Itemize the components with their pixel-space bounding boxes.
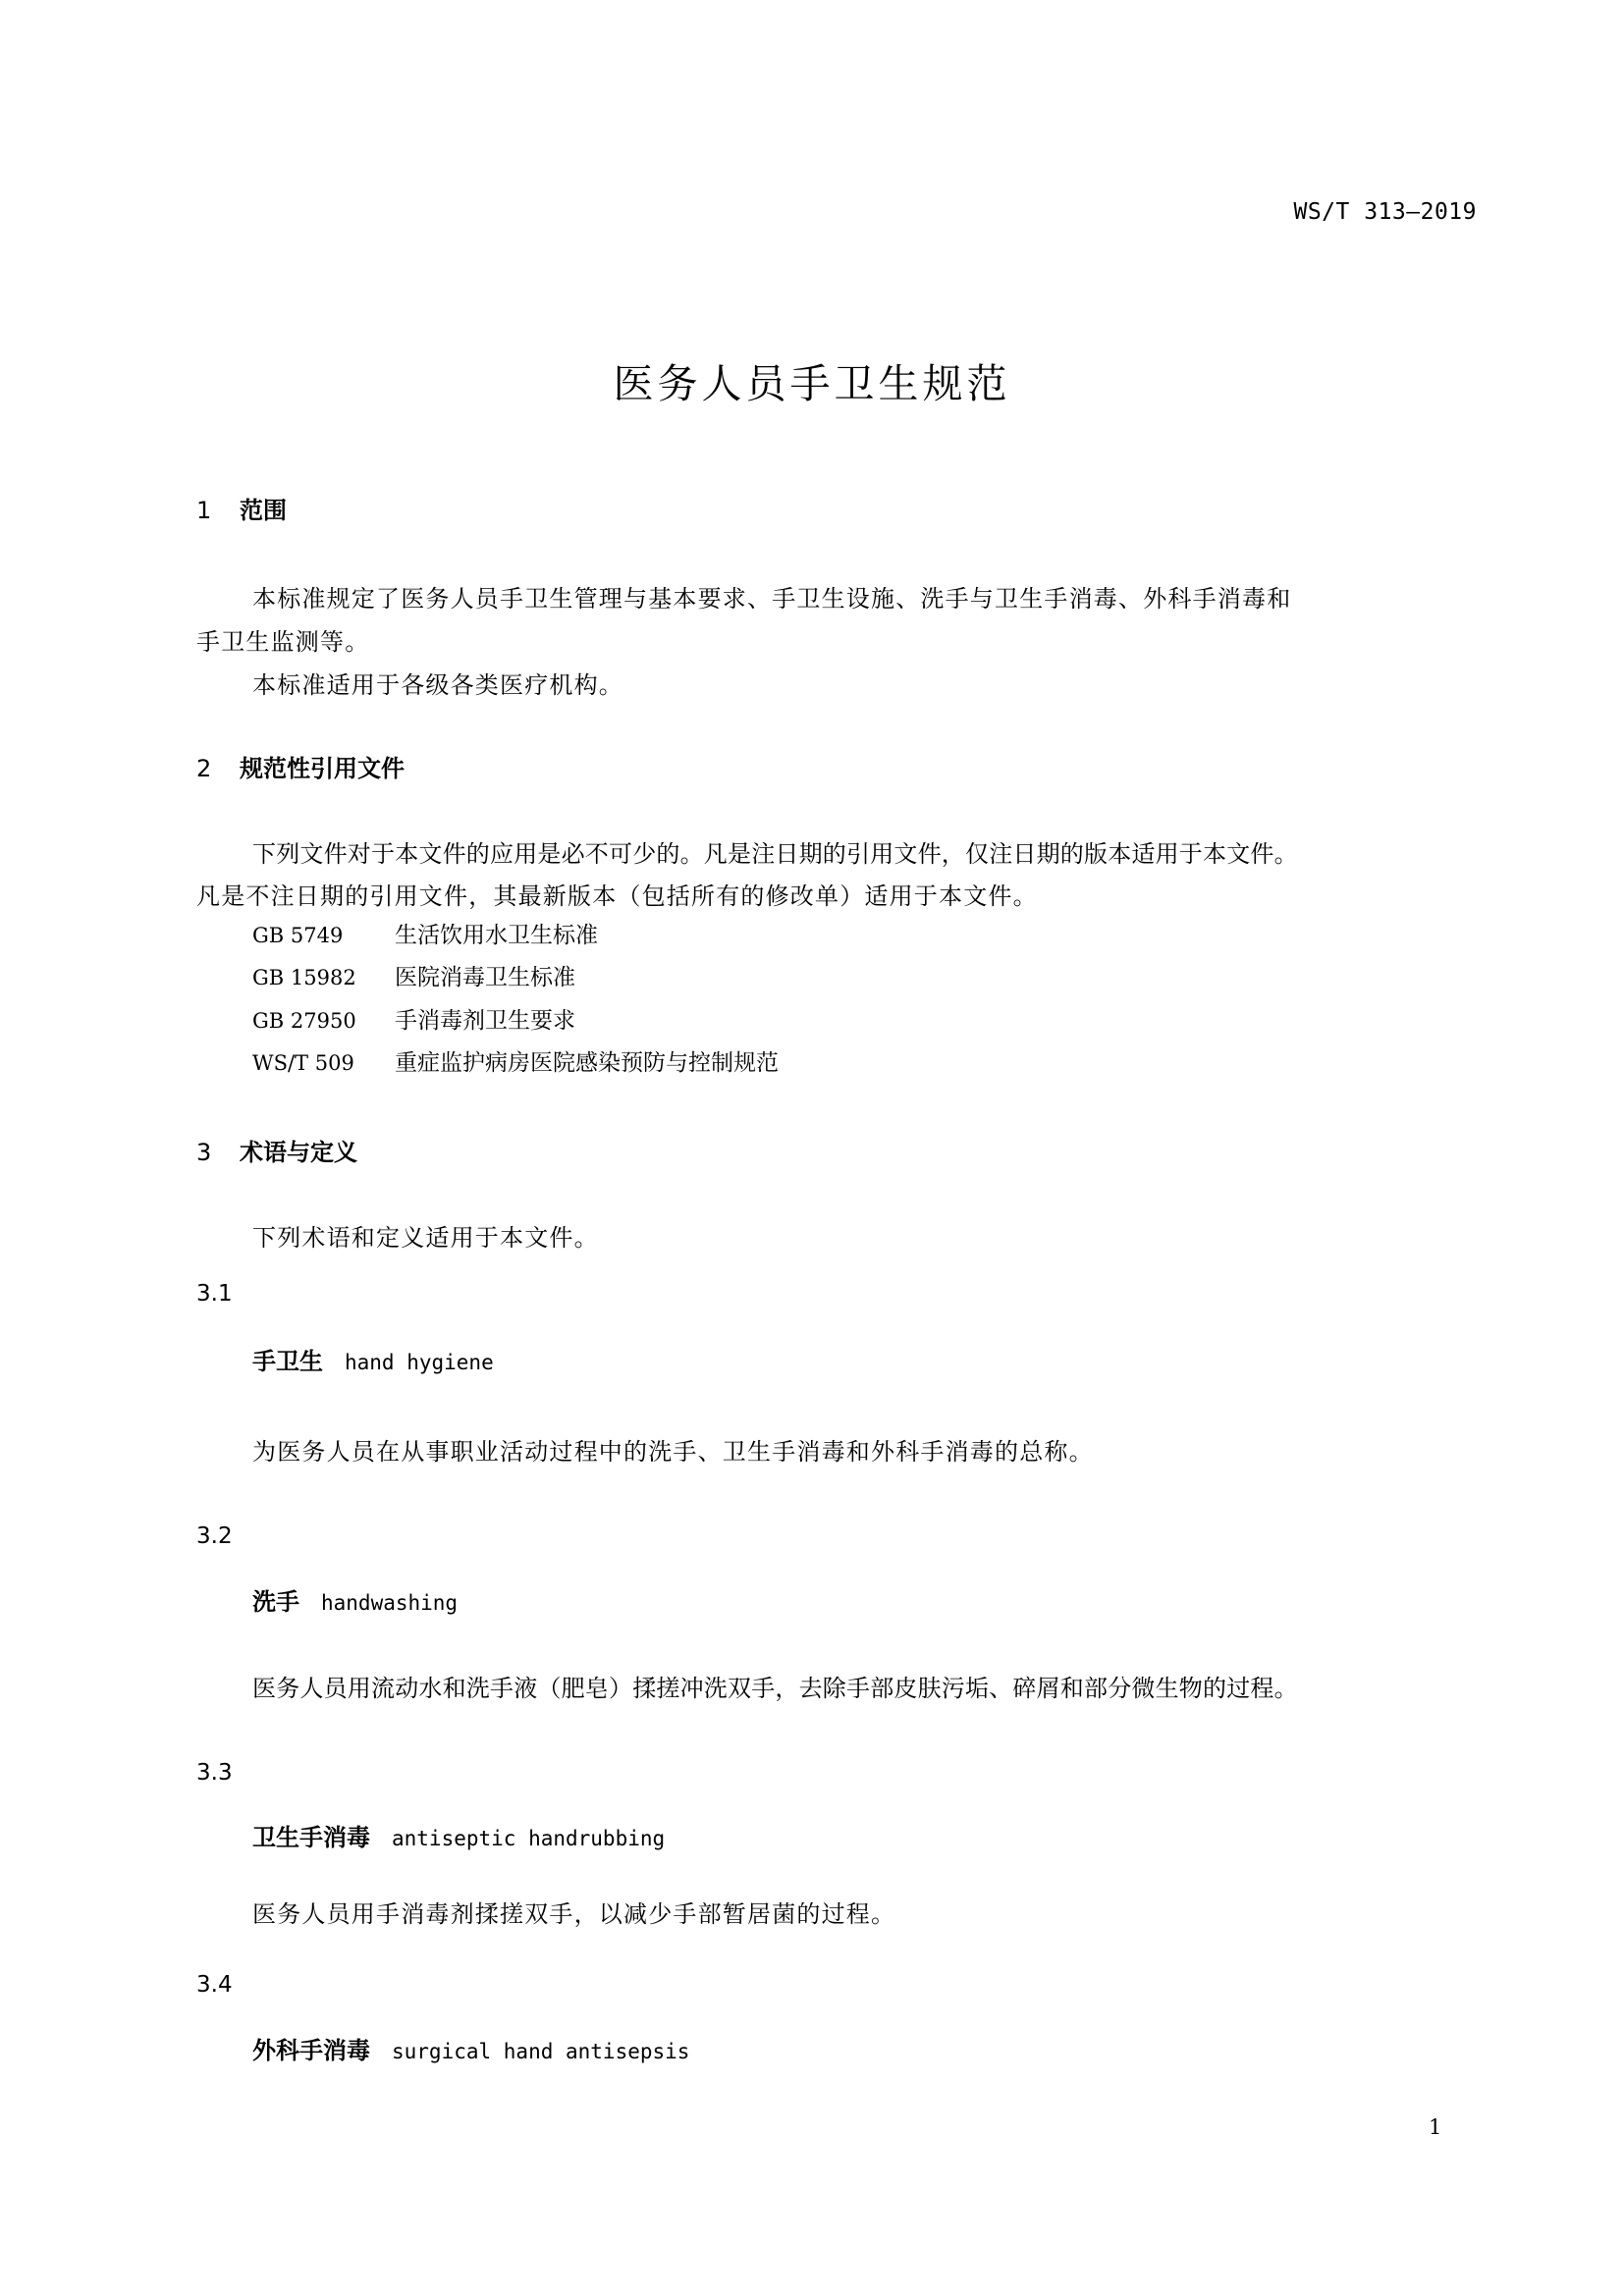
document-title: 医务人员手卫生规范 xyxy=(0,364,1624,404)
reference-item: GB 5749生活饮用水卫生标准 xyxy=(252,925,598,947)
clause-number: 3.4 xyxy=(196,1974,233,1997)
reference-title: 重症监护病房医院感染预防与控制规范 xyxy=(395,1050,779,1076)
paragraph-line: 本标准适用于各级各类医疗机构。 xyxy=(252,673,623,697)
paragraph-line: 手卫生监测等。 xyxy=(196,630,369,654)
reference-title: 生活饮用水卫生标准 xyxy=(395,923,598,948)
section-title: 范围 xyxy=(240,497,287,524)
section-title: 规范性引用文件 xyxy=(240,755,405,782)
term-chinese: 外科手消毒 xyxy=(252,2037,370,2064)
reference-code: GB 27950 xyxy=(252,1011,395,1032)
term-chinese: 卫生手消毒 xyxy=(252,1824,370,1851)
reference-item: GB 15982医院消毒卫生标准 xyxy=(252,967,575,989)
section-heading-normative-references: 2规范性引用文件 xyxy=(196,757,405,780)
clause-number: 3.2 xyxy=(196,1525,233,1548)
paragraph-line: 下列术语和定义适用于本文件。 xyxy=(252,1226,599,1250)
standard-code-header: WS/T 313—2019 xyxy=(1293,201,1477,224)
term-english: surgical hand antisepsis xyxy=(392,2040,689,2063)
section-heading-terms-definitions: 3术语与定义 xyxy=(196,1141,357,1164)
clause-number: 3.3 xyxy=(196,1762,233,1785)
page-number: 1 xyxy=(1429,2117,1441,2138)
term-entry: 卫生手消毒antiseptic handrubbing xyxy=(252,1826,665,1849)
term-chinese: 洗手 xyxy=(252,1588,299,1616)
section-number: 1 xyxy=(196,499,240,522)
term-entry: 手卫生hand hygiene xyxy=(252,1350,494,1373)
term-english: handwashing xyxy=(321,1591,458,1615)
reference-code: WS/T 509 xyxy=(252,1053,395,1074)
section-heading-scope: 1范围 xyxy=(196,499,287,522)
clause-number: 3.1 xyxy=(196,1283,233,1306)
term-definition: 医务人员用手消毒剂揉搓双手，以减少手部暂居菌的过程。 xyxy=(252,1902,895,1926)
section-title: 术语与定义 xyxy=(240,1139,357,1166)
term-entry: 洗手handwashing xyxy=(252,1590,458,1614)
paragraph-line: 下列文件对于本文件的应用是必不可少的。凡是注日期的引用文件，仅注日期的版本适用于… xyxy=(252,842,1298,866)
term-entry: 外科手消毒surgical hand antisepsis xyxy=(252,2039,689,2062)
paragraph-line: 凡是不注日期的引用文件，其最新版本（包括所有的修改单）适用于本文件。 xyxy=(196,884,1038,908)
reference-code: GB 5749 xyxy=(252,926,395,946)
term-english: antiseptic handrubbing xyxy=(392,1827,665,1850)
term-definition: 为医务人员在从事职业活动过程中的洗手、卫生手消毒和外科手消毒的总称。 xyxy=(252,1440,1094,1464)
reference-title: 手消毒剂卫生要求 xyxy=(395,1008,575,1034)
term-chinese: 手卫生 xyxy=(252,1348,323,1375)
reference-code: GB 15982 xyxy=(252,968,395,988)
reference-item: GB 27950手消毒剂卫生要求 xyxy=(252,1010,575,1033)
term-english: hand hygiene xyxy=(345,1351,494,1374)
paragraph-line: 本标准规定了医务人员手卫生管理与基本要求、手卫生设施、洗手与卫生手消毒、外科手消… xyxy=(252,587,1291,611)
section-number: 2 xyxy=(196,757,240,780)
term-definition: 医务人员用流动水和洗手液（肥皂）揉搓冲洗双手，去除手部皮肤污垢、碎屑和部分微生物… xyxy=(252,1677,1298,1700)
reference-title: 医院消毒卫生标准 xyxy=(395,965,575,990)
section-number: 3 xyxy=(196,1141,240,1164)
reference-item: WS/T 509重症监护病房医院感染预防与控制规范 xyxy=(252,1052,779,1075)
